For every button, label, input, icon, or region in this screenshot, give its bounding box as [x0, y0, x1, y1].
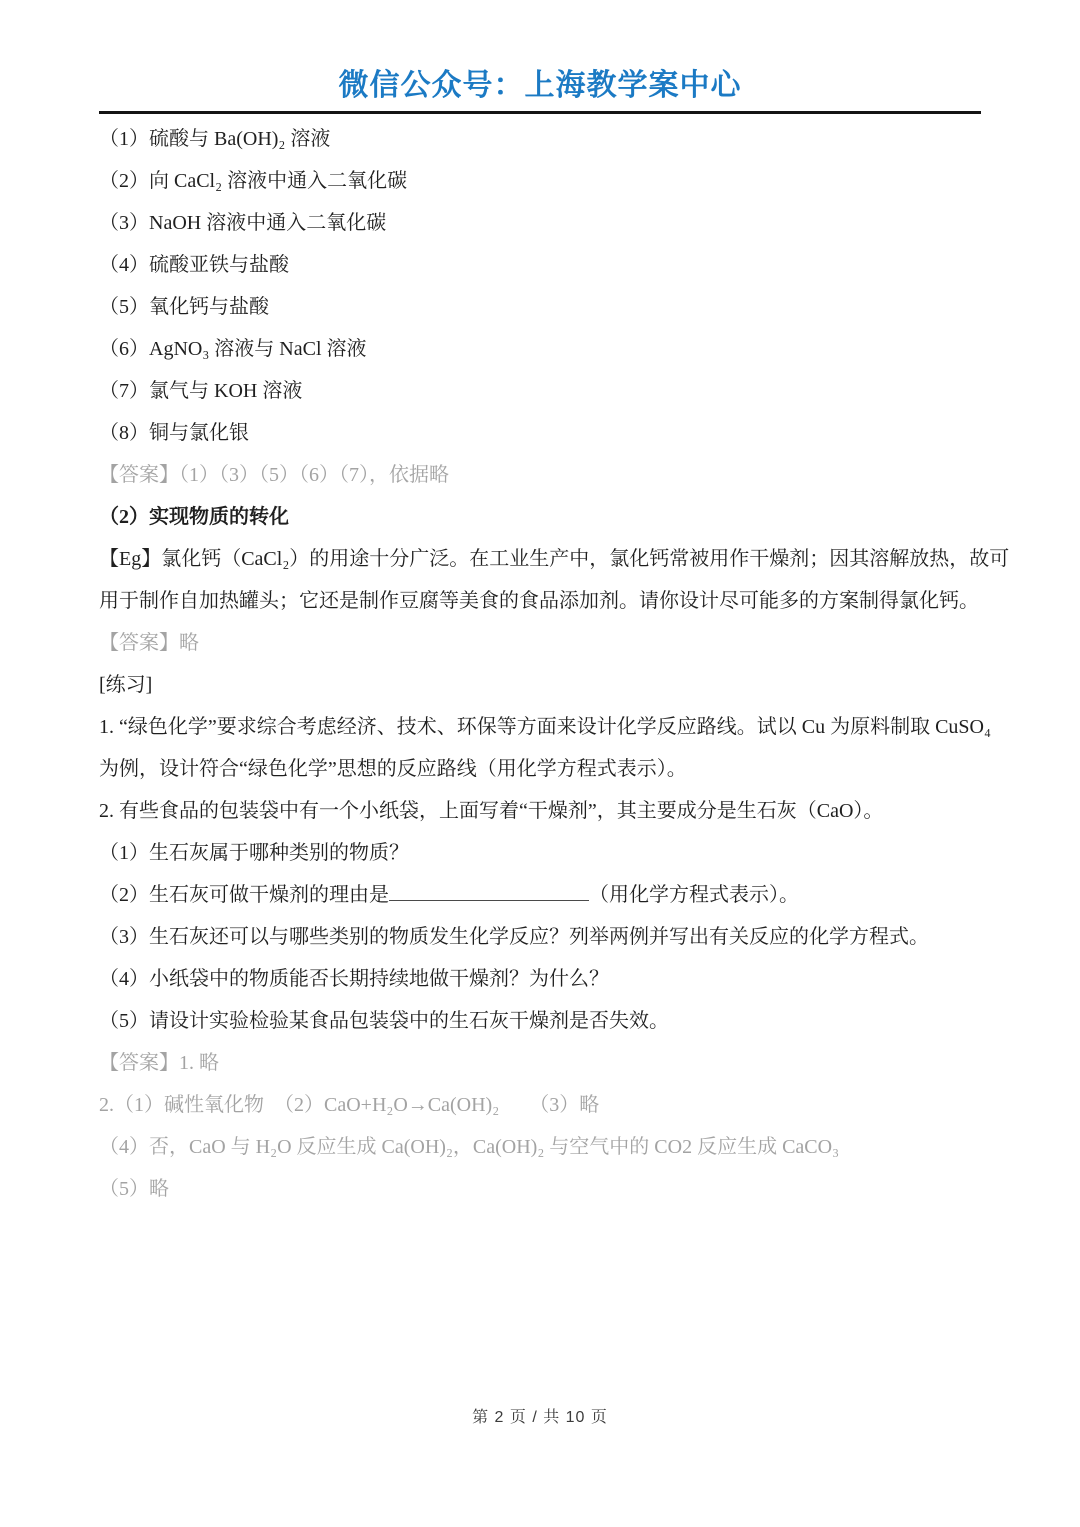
reaction-item-4: （4）硫酸亚铁与盐酸	[99, 244, 981, 286]
section-heading: （2）实现物质的转化	[99, 496, 981, 538]
question-2-sub-4: （4）小纸袋中的物质能否长期持续地做干燥剂？为什么？	[99, 958, 981, 1000]
page-header: 微信公众号：上海教学案中心	[99, 0, 981, 114]
question-2-sub-2-suffix: （用化学方程式表示）。	[589, 884, 799, 906]
example-paragraph-line-2: 用于制作自加热罐头；它还是制作豆腐等美食的食品添加剂。请你设计尽可能多的方案制得…	[99, 580, 981, 622]
document-body: （1）硫酸与 Ba(OH)₂ 溶液 （2）向 CaCl₂ 溶液中通入二氧化碳 （…	[0, 114, 1080, 1210]
practice-label: [练习]	[99, 664, 981, 706]
reaction-item-2: （2）向 CaCl₂ 溶液中通入二氧化碳	[99, 160, 981, 202]
document-page: 微信公众号：上海教学案中心 （1）硫酸与 Ba(OH)₂ 溶液 （2）向 CaC…	[0, 0, 1080, 1527]
question-1-line-1: 1. “绿色化学”要求综合考虑经济、技术、环保等方面来设计化学反应路线。试以 C…	[99, 706, 981, 748]
answer-text-2-line-4: （5）略	[99, 1168, 981, 1210]
example-paragraph-line-1: 【Eg】氯化钙（CaCl₂）的用途十分广泛。在工业生产中，氯化钙常被用作干燥剂；…	[99, 538, 981, 580]
question-1-line-2: 为例，设计符合“绿色化学”思想的反应路线（用化学方程式表示）。	[99, 748, 981, 790]
reaction-item-6: （6）AgNO₃ 溶液与 NaCl 溶液	[99, 328, 981, 370]
answer-text-1: 【答案】（1）（3）（5）（6）（7），依据略	[99, 454, 981, 496]
reaction-item-3: （3）NaOH 溶液中通入二氧化碳	[99, 202, 981, 244]
question-2-sub-5: （5）请设计实验检验某食品包装袋中的生石灰干燥剂是否失效。	[99, 1000, 981, 1042]
answer-text-2-line-2: 2.（1）碱性氧化物 （2）CaO+H₂O→Ca(OH)₂ （3）略	[99, 1084, 981, 1126]
page-title: 微信公众号：上海教学案中心	[99, 68, 981, 104]
question-2-sub-1: （1）生石灰属于哪种类别的物质？	[99, 832, 981, 874]
question-2-sub-2: （2）生石灰可做干燥剂的理由是（用化学方程式表示）。	[99, 874, 981, 916]
question-2-sub-3: （3）生石灰还可以与哪些类别的物质发生化学反应？列举两例并写出有关反应的化学方程…	[99, 916, 981, 958]
page-footer: 第 2 页 / 共 10 页	[0, 1404, 1080, 1427]
question-2-sub-2-prefix: （2）生石灰可做干燥剂的理由是	[99, 884, 389, 906]
reaction-item-1: （1）硫酸与 Ba(OH)₂ 溶液	[99, 118, 981, 160]
reaction-item-7: （7）氯气与 KOH 溶液	[99, 370, 981, 412]
page-number: 第 2 页 / 共 10 页	[472, 1409, 608, 1426]
example-answer-text: 【答案】略	[99, 622, 981, 664]
reaction-item-8: （8）铜与氯化银	[99, 412, 981, 454]
question-2-intro: 2. 有些食品的包装袋中有一个小纸袋，上面写着“干燥剂”，其主要成分是生石灰（C…	[99, 790, 981, 832]
reaction-item-5: （5）氧化钙与盐酸	[99, 286, 981, 328]
answer-text-2-line-1: 【答案】1. 略	[99, 1042, 981, 1084]
answer-text-2-line-3: （4）否，CaO 与 H₂O 反应生成 Ca(OH)₂，Ca(OH)₂ 与空气中…	[99, 1126, 981, 1168]
answer-blank	[389, 880, 589, 901]
